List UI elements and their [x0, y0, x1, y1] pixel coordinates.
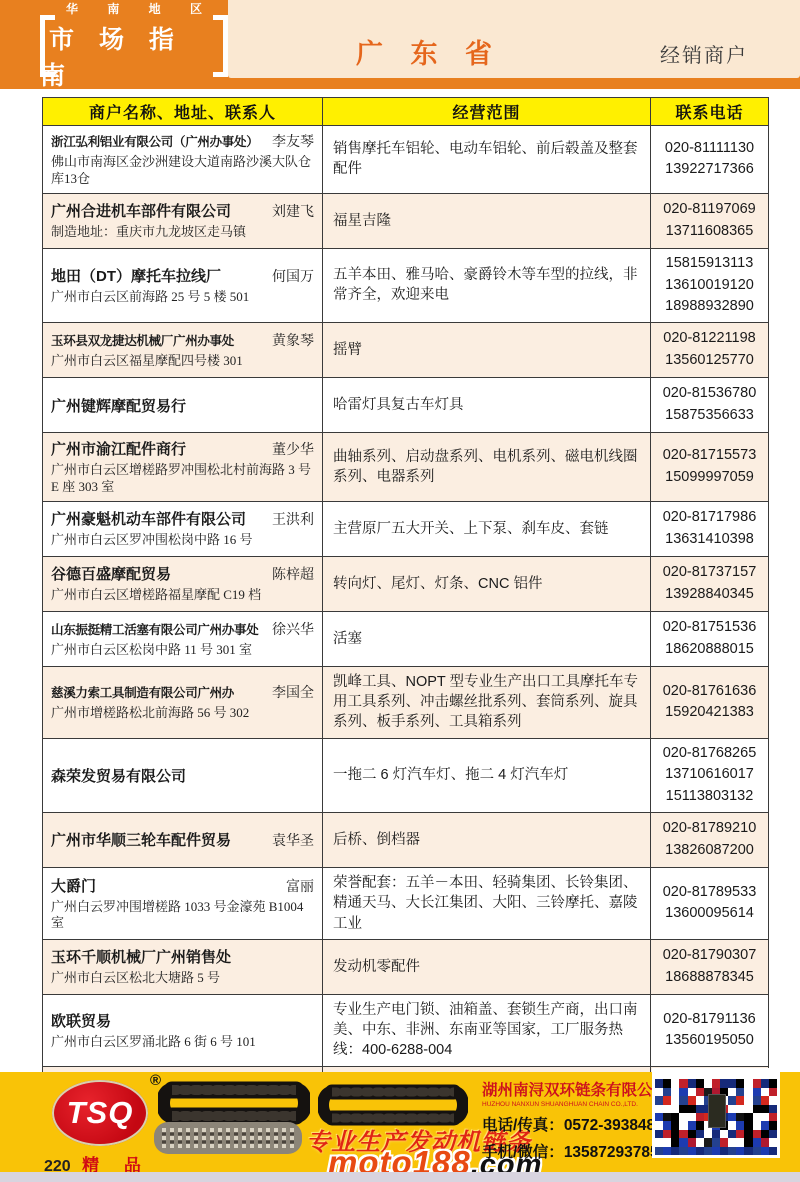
business-scope: 福星吉隆	[323, 193, 651, 248]
qr-cell	[761, 1096, 769, 1104]
qr-cell	[655, 1130, 663, 1138]
company-address: 佛山市南海区金沙洲建设大道南路沙溪大队仓库13仓	[51, 154, 314, 188]
company-address: 广州市白云区前海路 25 号 5 楼 501	[51, 289, 314, 306]
qr-cell	[761, 1121, 769, 1129]
qr-cell	[712, 1130, 720, 1138]
qr-cell	[769, 1079, 777, 1087]
qr-cell	[655, 1147, 663, 1155]
contact-person: 黄象琴	[272, 330, 314, 350]
qr-cell	[736, 1088, 744, 1096]
qr-cell	[712, 1147, 720, 1155]
header-cream-band: 广 东 省 经销商户	[228, 0, 800, 78]
qr-cell	[744, 1130, 752, 1138]
qr-cell	[736, 1121, 744, 1129]
company-name: 广州市华顺三轮车配件贸易	[51, 829, 231, 850]
qr-cell	[679, 1138, 687, 1146]
qr-cell	[696, 1147, 704, 1155]
qr-cell	[769, 1105, 777, 1113]
qr-cell	[655, 1088, 663, 1096]
qr-cell	[655, 1138, 663, 1146]
qr-cell	[744, 1071, 752, 1079]
company-name: 大爵门	[51, 875, 96, 896]
qr-cell	[696, 1096, 704, 1104]
market-guide-logo: 华 南 地 区 市 场 指 南	[40, 15, 228, 77]
qr-cell	[720, 1079, 728, 1087]
qr-cell	[663, 1096, 671, 1104]
phone-numbers: 020-8111113013922717366	[651, 126, 769, 194]
table-row: 玉环千顺机械厂广州销售处 广州市白云区松北大塘路 5 号 发动机零配件 020-…	[43, 939, 769, 994]
qr-cell	[761, 1079, 769, 1087]
table-row: 大爵门 富丽 广州白云罗冲围增槎路 1033 号金濠苑 B1004 室 荣誉配套…	[43, 867, 769, 939]
business-scope: 凯峰工具、NOPT 型专业生产出口工具摩托车专用工具系列、冲击螺丝批系列、套筒系…	[323, 666, 651, 738]
business-scope: 荣誉配套：五羊－本田、轻骑集团、长铃集团、精通天马、大长江集团、大阳、三铃摩托、…	[323, 867, 651, 939]
qr-cell	[744, 1147, 752, 1155]
contact-person: 刘建飞	[272, 201, 314, 221]
column-header-phone: 联系电话	[651, 98, 769, 126]
qr-cell	[671, 1079, 679, 1087]
qr-cell	[671, 1088, 679, 1096]
phone-numbers: 020-8175153618620888015	[651, 611, 769, 666]
company-address: 广州市白云区罗冲围松岗中路 16 号	[51, 532, 314, 549]
qr-cell	[736, 1147, 744, 1155]
qr-cell	[744, 1113, 752, 1121]
phone-numbers: 020-8179113613560195050	[651, 994, 769, 1066]
qr-cell	[688, 1096, 696, 1104]
table-row: 广州豪魁机动车部件有限公司 王洪利 广州市白云区罗冲围松岗中路 16 号 主营原…	[43, 501, 769, 556]
business-scope: 主营原厂五大开关、上下泵、刹车皮、套链	[323, 501, 651, 556]
qr-cell	[655, 1079, 663, 1087]
qr-cell	[753, 1138, 761, 1146]
qr-cell	[663, 1088, 671, 1096]
table-row: 广州市渝江配件商行 董少华 广州市白云区增槎路罗冲围松北村前海路 3 号 E 座…	[43, 433, 769, 502]
company-address: 广州市增槎路松北前海路 56 号 302	[51, 705, 314, 722]
phone-numbers: 020-8122119813560125770	[651, 323, 769, 378]
province-title: 广 东 省	[356, 32, 502, 71]
qr-cell	[663, 1105, 671, 1113]
qr-cell	[728, 1105, 736, 1113]
qr-cell	[671, 1147, 679, 1155]
qr-cell	[679, 1079, 687, 1087]
qr-cell	[753, 1096, 761, 1104]
section-label: 经销商户	[660, 39, 748, 71]
company-name: 广州键辉摩配贸易行	[51, 395, 186, 416]
company-name: 玉环千顺机械厂广州销售处	[51, 946, 231, 967]
qr-code	[652, 1068, 780, 1158]
qr-cell	[728, 1147, 736, 1155]
qr-cell	[736, 1096, 744, 1104]
company-name: 慈溪力索工具制造有限公司广州办	[51, 683, 234, 701]
qr-cell	[769, 1096, 777, 1104]
company-name: 广州市渝江配件商行	[51, 438, 186, 459]
company-address: 广州市白云区松北大塘路 5 号	[51, 970, 314, 987]
qr-cell	[753, 1147, 761, 1155]
table-row: 浙江弘利铝业有限公司（广州办事处） 李友琴 佛山市南海区金沙洲建设大道南路沙溪大…	[43, 126, 769, 194]
qr-cell	[744, 1079, 752, 1087]
company-address: 广州市白云区增槎路罗冲围松北村前海路 3 号 E 座 303 室	[51, 462, 314, 496]
qr-cell	[671, 1071, 679, 1079]
column-header-scope: 经营范围	[323, 98, 651, 126]
qr-cell	[728, 1138, 736, 1146]
table-header-row: 商户名称、地址、联系人 经营范围 联系电话	[43, 98, 769, 126]
qr-cell	[761, 1071, 769, 1079]
qr-cell	[688, 1147, 696, 1155]
qr-cell	[769, 1130, 777, 1138]
qr-cell	[736, 1130, 744, 1138]
company-address: 广州市白云区罗涌北路 6 街 6 号 101	[51, 1034, 314, 1051]
qr-cell	[696, 1079, 704, 1087]
qr-cell	[679, 1147, 687, 1155]
qr-cell	[663, 1138, 671, 1146]
qr-cell	[761, 1088, 769, 1096]
qr-cell	[753, 1130, 761, 1138]
qr-cell	[744, 1096, 752, 1104]
business-scope: 一拖二 6 灯汽车灯、拖二 4 灯汽车灯	[323, 738, 651, 812]
page-bottom-strip	[0, 1172, 800, 1182]
qr-cell	[753, 1105, 761, 1113]
table-row: 广州市华顺三轮车配件贸易 袁华圣 后桥、倒档器 020-817892101382…	[43, 812, 769, 867]
qr-cell	[728, 1096, 736, 1104]
business-scope: 发动机零配件	[323, 939, 651, 994]
qr-cell	[744, 1088, 752, 1096]
business-scope: 转向灯、尾灯、灯条、CNC 铝件	[323, 556, 651, 611]
phone-numbers: 020-8178921013826087200	[651, 812, 769, 867]
manufacturer-name-en: HUZHOU NANXUN SHUANGHUAN CHAIN CO.,LTD.	[482, 1101, 652, 1108]
qr-cell	[736, 1138, 744, 1146]
qr-cell	[688, 1071, 696, 1079]
qr-cell	[696, 1071, 704, 1079]
qr-cell	[736, 1079, 744, 1087]
qr-cell	[744, 1121, 752, 1129]
qr-cell	[671, 1138, 679, 1146]
company-name: 玉环县双龙捷达机械厂广州办事处	[51, 331, 234, 349]
column-header-merchant: 商户名称、地址、联系人	[43, 98, 323, 126]
qr-cell	[704, 1147, 712, 1155]
contact-person: 富丽	[286, 876, 314, 896]
table-row: 欧联贸易 广州市白云区罗涌北路 6 街 6 号 101 专业生产电门锁、油箱盖、…	[43, 994, 769, 1066]
company-name: 广州合进机车部件有限公司	[51, 200, 231, 221]
company-name: 广州豪魁机动车部件有限公司	[51, 508, 246, 529]
qr-cell	[671, 1130, 679, 1138]
phone-numbers: 020-8173715713928840345	[651, 556, 769, 611]
table-row: 谷德百盛摩配贸易 陈梓超 广州市白云区增槎路福星摩配 C19 档 转向灯、尾灯、…	[43, 556, 769, 611]
business-scope: 专业生产电门锁、油箱盖、套锁生产商，出口南美、中东、非洲、东南亚等国家，工厂服务…	[323, 994, 651, 1066]
phone-numbers: 020-817682651371061601715113803132	[651, 738, 769, 812]
company-address: 广州白云罗冲围增槎路 1033 号金濠苑 B1004 室	[51, 899, 314, 933]
qr-center-block	[708, 1094, 726, 1128]
qr-cell	[679, 1121, 687, 1129]
qr-cell	[744, 1105, 752, 1113]
phone-numbers: 020-8119706913711608365	[651, 193, 769, 248]
phone-numbers: 158159131131361001912018988932890	[651, 248, 769, 322]
qr-cell	[753, 1088, 761, 1096]
contact-person: 袁华圣	[272, 830, 314, 850]
qr-cell	[720, 1147, 728, 1155]
qr-cell	[704, 1130, 712, 1138]
qr-cell	[679, 1130, 687, 1138]
qr-cell	[671, 1096, 679, 1104]
table-row: 森荣发贸易有限公司 一拖二 6 灯汽车灯、拖二 4 灯汽车灯 020-81768…	[43, 738, 769, 812]
qr-cell	[753, 1071, 761, 1079]
bracket-right-icon	[213, 15, 228, 77]
business-scope: 哈雷灯具复古车灯具	[323, 378, 651, 433]
tel-fax-line: 电话/传真：0572-3938487	[482, 1113, 652, 1135]
qr-cell	[679, 1096, 687, 1104]
company-address: 广州市白云区松岗中路 11 号 301 室	[51, 642, 314, 659]
qr-cell	[736, 1071, 744, 1079]
qr-cell	[663, 1079, 671, 1087]
qr-cell	[728, 1130, 736, 1138]
qr-cell	[688, 1138, 696, 1146]
logo-title-label: 市 场 指 南	[40, 20, 228, 92]
company-address: 制造地址：重庆市九龙坡区走马镇	[51, 224, 314, 241]
qr-cell	[728, 1079, 736, 1087]
table-row: 地田（DT）摩托车拉线厂 何国万 广州市白云区前海路 25 号 5 楼 501 …	[43, 248, 769, 322]
qr-cell	[769, 1138, 777, 1146]
table-row: 山东振挺精工活塞有限公司广州办事处 徐兴华 广州市白云区松岗中路 11 号 30…	[43, 611, 769, 666]
mobile-wechat-line: 手机/微信：13587293785	[482, 1140, 652, 1162]
business-scope: 活塞	[323, 611, 651, 666]
qr-cell	[728, 1071, 736, 1079]
qr-cell	[753, 1079, 761, 1087]
manufacturer-name-cn: 湖州南浔双环链条有限公司	[482, 1078, 652, 1100]
qr-cell	[761, 1113, 769, 1121]
qr-cell	[688, 1113, 696, 1121]
business-scope: 销售摩托车铝轮、电动车铝轮、前后毂盖及整套配件	[323, 126, 651, 194]
contact-person: 李国全	[272, 682, 314, 702]
phone-numbers: 020-8176163615920421383	[651, 666, 769, 738]
phone-numbers: 020-8179030718688878345	[651, 939, 769, 994]
qr-cell	[744, 1138, 752, 1146]
business-scope: 五羊本田、雅马哈、豪爵铃木等车型的拉线，非常齐全，欢迎来电	[323, 248, 651, 322]
qr-cell	[728, 1088, 736, 1096]
contact-person: 董少华	[272, 439, 314, 459]
business-scope: 曲轴系列、启动盘系列、电机系列、磁电机线圈系列、电器系列	[323, 433, 651, 502]
company-name: 森荣发贸易有限公司	[51, 765, 186, 786]
chain-image	[152, 1118, 304, 1158]
qr-cell	[696, 1113, 704, 1121]
qr-cell	[720, 1138, 728, 1146]
qr-cell	[712, 1079, 720, 1087]
company-name: 浙江弘利铝业有限公司（广州办事处）	[51, 132, 258, 150]
qr-cell	[712, 1138, 720, 1146]
company-name: 地田（DT）摩托车拉线厂	[51, 265, 221, 286]
qr-cell	[671, 1121, 679, 1129]
contact-person: 王洪利	[272, 509, 314, 529]
table-row: 广州键辉摩配贸易行 哈雷灯具复古车灯具 020-8153678015875356…	[43, 378, 769, 433]
qr-cell	[753, 1113, 761, 1121]
logo-region-label: 华 南 地 区	[53, 0, 215, 17]
business-scope: 后桥、倒档器	[323, 812, 651, 867]
qr-cell	[655, 1105, 663, 1113]
page-header: 华 南 地 区 市 场 指 南 广 东 省 经销商户	[0, 0, 800, 89]
contact-person: 陈梓超	[272, 564, 314, 584]
qr-cell	[671, 1113, 679, 1121]
qr-cell	[663, 1130, 671, 1138]
qr-cell	[655, 1113, 663, 1121]
qr-cell	[761, 1130, 769, 1138]
company-name: 山东振挺精工活塞有限公司广州办事处	[51, 620, 258, 638]
company-address: 广州市白云区增槎路福星摩配 C19 档	[51, 587, 314, 604]
qr-cell	[728, 1113, 736, 1121]
qr-cell	[696, 1105, 704, 1113]
contact-person: 何国万	[272, 266, 314, 286]
qr-cell	[704, 1138, 712, 1146]
qr-cell	[679, 1071, 687, 1079]
manufacturer-info: 湖州南浔双环链条有限公司 HUZHOU NANXUN SHUANGHUAN CH…	[482, 1078, 652, 1162]
qr-cell	[769, 1113, 777, 1121]
qr-cell	[696, 1121, 704, 1129]
qr-cell	[655, 1096, 663, 1104]
qr-cell	[663, 1071, 671, 1079]
qr-cell	[663, 1113, 671, 1121]
qr-cell	[704, 1079, 712, 1087]
qr-cell	[704, 1071, 712, 1079]
qr-cell	[761, 1138, 769, 1146]
qr-cell	[679, 1113, 687, 1121]
company-name: 谷德百盛摩配贸易	[51, 563, 171, 584]
phone-numbers: 020-8178953313600095614	[651, 867, 769, 939]
qr-cell	[728, 1121, 736, 1129]
qr-cell	[761, 1147, 769, 1155]
qr-cell	[688, 1105, 696, 1113]
qr-cell	[769, 1147, 777, 1155]
qr-cell	[761, 1105, 769, 1113]
tsq-brand-logo: TSQ	[52, 1080, 148, 1146]
table-row: 广州合进机车部件有限公司 刘建飞 制造地址：重庆市九龙坡区走马镇 福星吉隆 02…	[43, 193, 769, 248]
qr-cell	[679, 1105, 687, 1113]
qr-cell	[688, 1079, 696, 1087]
qr-cell	[696, 1088, 704, 1096]
table-row: 玉环县双龙捷达机械厂广州办事处 黄象琴 广州市白云区福星摩配四号楼 301 摇臂…	[43, 323, 769, 378]
company-name: 欧联贸易	[51, 1010, 111, 1031]
qr-cell	[753, 1121, 761, 1129]
qr-cell	[663, 1147, 671, 1155]
qr-cell	[720, 1071, 728, 1079]
qr-cell	[679, 1088, 687, 1096]
bracket-left-icon	[40, 15, 55, 77]
business-scope: 摇臂	[323, 323, 651, 378]
qr-cell	[712, 1071, 720, 1079]
phone-numbers: 020-8171798613631410398	[651, 501, 769, 556]
qr-cell	[736, 1105, 744, 1113]
qr-cell	[688, 1088, 696, 1096]
qr-cell	[696, 1130, 704, 1138]
qr-cell	[696, 1138, 704, 1146]
qr-cell	[736, 1113, 744, 1121]
qr-cell	[663, 1121, 671, 1129]
qr-cell	[655, 1121, 663, 1129]
contact-person: 徐兴华	[272, 619, 314, 639]
phone-numbers: 020-8171557315099997059	[651, 433, 769, 502]
table-row: 慈溪力索工具制造有限公司广州办 李国全 广州市增槎路松北前海路 56 号 302…	[43, 666, 769, 738]
qr-cell	[655, 1071, 663, 1079]
qr-cell	[769, 1071, 777, 1079]
contact-person: 李友琴	[272, 131, 314, 151]
qr-cell	[688, 1130, 696, 1138]
dealer-directory-table: 商户名称、地址、联系人 经营范围 联系电话 浙江弘利铝业有限公司（广州办事处） …	[42, 97, 769, 1136]
qr-cell	[769, 1121, 777, 1129]
phone-numbers: 020-8153678015875356633	[651, 378, 769, 433]
qr-cell	[688, 1121, 696, 1129]
qr-cell	[769, 1088, 777, 1096]
qr-cell	[671, 1105, 679, 1113]
qr-cell	[720, 1130, 728, 1138]
advertisement-banner: TSQ ® 220 精 品 专业生产发动机链条 moto188.com 湖州南浔…	[0, 1072, 800, 1172]
company-address: 广州市白云区福星摩配四号楼 301	[51, 353, 314, 370]
